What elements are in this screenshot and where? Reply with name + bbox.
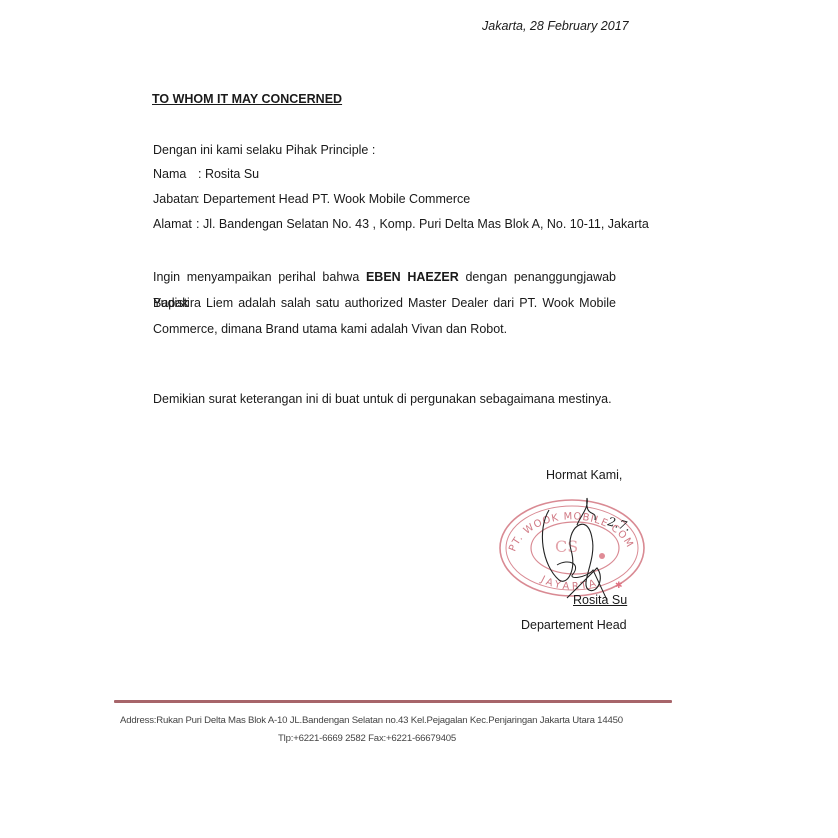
field-value: : Rosita Su [198, 167, 259, 181]
letter-heading: TO WHOM IT MAY CONCERNED [152, 92, 342, 106]
body-line-1: Ingin menyampaikan perihal bahwa EBEN HA… [153, 264, 616, 290]
footer-contact: Tlp:+6221-6669 2582 Fax:+6221-66679405 [278, 733, 456, 744]
svg-text:CS: CS [555, 537, 578, 556]
dealer-name: EBEN HAEZER [366, 270, 459, 284]
field-alamat: Alamat: Jl. Bandengan Selatan No. 43 , K… [153, 217, 649, 231]
svg-text:✱: ✱ [615, 580, 623, 590]
closing-text: Demikian surat keterangan ini di buat un… [153, 392, 612, 406]
body-line-3: Commerce, dimana Brand utama kami adalah… [153, 316, 616, 342]
field-value: : Jl. Bandengan Selatan No. 43 , Komp. P… [196, 217, 649, 231]
signatory-name: Rosita Su [573, 593, 627, 607]
body-text: Ingin menyampaikan perihal bahwa [153, 270, 366, 284]
intro-text: Dengan ini kami selaku Pihak Principle : [153, 143, 375, 157]
field-label: Jabatan [153, 192, 196, 206]
signatory-title: Departement Head [521, 618, 627, 632]
salutation: Hormat Kami, [546, 468, 622, 482]
footer-address: Address:Rukan Puri Delta Mas Blok A-10 J… [120, 715, 623, 726]
field-value: : Departement Head PT. Wook Mobile Comme… [196, 192, 470, 206]
place-date: Jakarta, 28 February 2017 [482, 19, 629, 33]
field-label: Alamat [153, 217, 196, 231]
company-stamp-icon: PT. WOOK MOBILE COMMERCE JAYARTA CS ✱ 2.… [497, 490, 647, 602]
body-line-2: Yudistira Liem adalah salah satu authori… [153, 290, 616, 316]
field-nama: Nama: Rosita Su [153, 167, 259, 181]
footer-divider [114, 700, 672, 703]
letter-page: Jakarta, 28 February 2017 TO WHOM IT MAY… [0, 0, 838, 838]
body-paragraph: Ingin menyampaikan perihal bahwa EBEN HA… [153, 264, 616, 342]
field-jabatan: Jabatan: Departement Head PT. Wook Mobil… [153, 192, 470, 206]
field-label: Nama [153, 167, 198, 181]
